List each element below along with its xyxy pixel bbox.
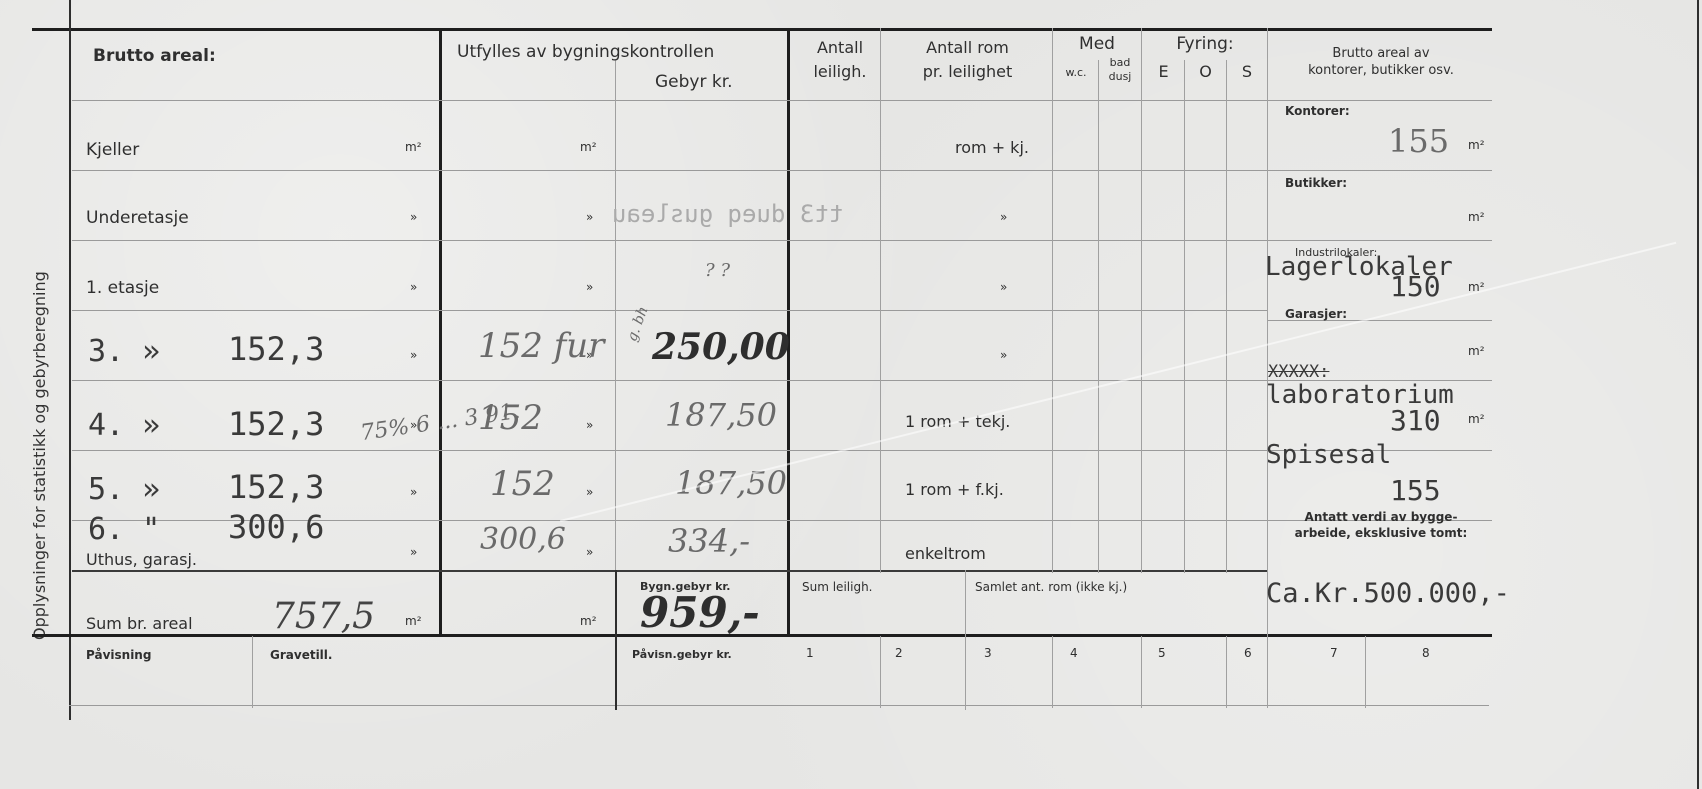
unit-kjeller: m²: [405, 140, 422, 154]
brutto-kontorer-header-2: kontorer, butikker osv.: [1270, 63, 1492, 78]
antall-leiligh-header-1: Antall: [805, 38, 875, 57]
row-label-kjeller: Kjeller: [86, 140, 139, 160]
pavisning-label: Påvisning: [86, 648, 151, 662]
pavisn-gebyr-label: Påvisn.gebyr kr.: [632, 648, 732, 661]
ctrl-area-3-etasje[interactable]: 152 fur: [478, 326, 604, 366]
ctrl-unit-kjeller: m²: [580, 140, 597, 154]
ctrl-box-left: [439, 28, 442, 636]
top-border: [32, 28, 1492, 31]
row-label-6-etasje: 6. ": [88, 512, 160, 547]
ctrl-area-6-etasje[interactable]: 300,6: [480, 522, 566, 557]
rooms-6-etasje: enkeltrom: [905, 544, 986, 563]
rooms-5-etasje: 1 rom + f.kj.: [905, 480, 1004, 499]
garasjer-unit: m²: [1468, 344, 1485, 358]
byggebyr-value[interactable]: 959,-: [640, 588, 760, 637]
fee-3-etasje[interactable]: 250,00: [652, 326, 790, 368]
fee-5-etasje[interactable]: 187,50: [675, 464, 787, 502]
ctrl-unit-5-etasje: »: [586, 485, 593, 499]
lab-value[interactable]: 310: [1390, 404, 1441, 437]
header-line: [72, 100, 1492, 101]
unit-6-etasje: »: [410, 545, 417, 559]
sum-bottom-line: [32, 634, 1492, 637]
antall-leiligh-header-2: leiligh.: [800, 62, 880, 81]
side-label: Opplysninger for statistikk og gebyrbere…: [30, 271, 49, 640]
footer-num-7: 7: [1330, 646, 1338, 660]
ctrl-area-5-etasje[interactable]: 152: [490, 464, 555, 504]
ctrl-unit-4-etasje: »: [586, 418, 593, 432]
fyring-o-header: O: [1185, 62, 1226, 81]
kontorer-value[interactable]: 155: [1388, 122, 1449, 160]
antall-rom-header-1: Antall rom: [885, 38, 1050, 57]
row-label-5-etasje: 5. »: [88, 472, 160, 507]
rooms-1-etasje: »: [1000, 280, 1007, 294]
footer-num-6: 6: [1244, 646, 1252, 660]
fyring-header: Fyring:: [1143, 34, 1267, 54]
page-edge: [1697, 0, 1699, 789]
row-line: [72, 310, 1267, 311]
footer-num-4: 4: [1070, 646, 1078, 660]
unit-4-etasje: »: [410, 418, 417, 432]
kontorer-unit: m²: [1468, 138, 1485, 152]
footer-num-5: 5: [1158, 646, 1166, 660]
col-line: [1184, 60, 1185, 573]
area-5-etasje[interactable]: 152,3: [228, 468, 324, 506]
area-3-etasje[interactable]: 152,3: [228, 330, 324, 368]
rooms-underetasje: »: [1000, 210, 1007, 224]
verdi-label-1: Antatt verdi av bygge-: [1270, 510, 1492, 524]
unit-5-etasje: »: [410, 485, 417, 499]
antall-rom-header-2: pr. leilighet: [885, 62, 1050, 81]
spisesal-value[interactable]: 155: [1390, 474, 1441, 507]
gravetill-label: Gravetill.: [270, 648, 332, 662]
sum-value[interactable]: 757,5: [272, 596, 375, 637]
col-line: [1141, 636, 1142, 708]
garasjer-label: Garasjer:: [1285, 307, 1347, 321]
col-line: [615, 60, 616, 570]
fee-6-etasje[interactable]: 334,-: [668, 522, 750, 560]
col-line: [965, 570, 966, 710]
verdi-label-2: arbeide, eksklusive tomt:: [1270, 526, 1492, 540]
col-line: [1098, 60, 1099, 573]
area-6-etasje[interactable]: 300,6: [228, 508, 324, 546]
row-line: [1267, 170, 1492, 171]
row-line: [72, 170, 1267, 171]
row-line: [72, 240, 1492, 241]
brutto-areal-header: Brutto areal:: [93, 46, 216, 66]
med-header: Med: [1054, 34, 1140, 54]
col-line: [880, 28, 881, 573]
row-label-uthus: Uthus, garasj.: [86, 550, 197, 569]
col-line: [1052, 636, 1053, 708]
col-line: [1365, 636, 1366, 708]
unit-3-etasje: »: [410, 348, 417, 362]
sum-label: Sum br. areal: [86, 614, 193, 633]
fee-4-etasje[interactable]: 187,50: [665, 396, 777, 434]
wc-header: w.c.: [1054, 66, 1098, 79]
gebyr-header: Gebyr kr.: [655, 72, 733, 92]
bleed-through-text: tt3 dueq gusleau: [612, 200, 843, 228]
industri-value[interactable]: 150: [1390, 270, 1441, 303]
lab-unit: m²: [1468, 412, 1485, 426]
sum-leiligh-label: Sum leiligh.: [802, 580, 872, 594]
sum-ctrl-unit: m²: [580, 614, 597, 628]
ctrl-unit-6-etasje: »: [586, 545, 593, 559]
rooms-kjeller: rom + kj.: [955, 138, 1029, 157]
row-label-4-etasje: 4. »: [88, 408, 160, 443]
col-line: [1052, 28, 1053, 573]
footer-num-8: 8: [1422, 646, 1430, 660]
fyring-e-header: E: [1143, 62, 1184, 81]
kontorer-label: Kontorer:: [1285, 104, 1350, 118]
fyring-s-header: S: [1227, 62, 1267, 81]
rooms-3-etasje: »: [1000, 348, 1007, 362]
samlet-rom-label: Samlet ant. rom (ikke kj.): [975, 580, 1127, 594]
footer-num-1: 1: [806, 646, 814, 660]
col-line: [1226, 60, 1227, 573]
unit-1-etasje: »: [410, 280, 417, 294]
area-4-etasje[interactable]: 152,3: [228, 405, 324, 443]
col-line: [615, 570, 617, 710]
sum-unit: m²: [405, 614, 422, 628]
scanned-form-page: Opplysninger for statistikk og gebyrbere…: [0, 0, 1702, 789]
ctrl-area-4-etasje[interactable]: 152: [478, 398, 543, 438]
ctrl-unit-underetasje: »: [586, 210, 593, 224]
verdi-value[interactable]: Ca.Kr.500.000,-: [1266, 578, 1510, 609]
scan-scratch: [560, 242, 1676, 522]
left-border: [69, 0, 71, 720]
footer-num-2: 2: [895, 646, 903, 660]
bad-header-1: bad: [1099, 56, 1141, 69]
row-label-1-etasje: 1. etasje: [86, 278, 159, 298]
col-line: [1226, 636, 1227, 708]
row-label-underetasje: Underetasje: [86, 208, 189, 228]
bygningskontroll-header: Utfylles av bygningskontrollen: [457, 42, 714, 62]
brutto-kontorer-header-1: Brutto areal av: [1270, 46, 1492, 61]
ctrl-unit-1-etasje: »: [586, 280, 593, 294]
butikker-label: Butikker:: [1285, 176, 1347, 190]
bad-header-2: dusj: [1099, 70, 1141, 83]
row-label-3-etasje: 3. »: [88, 334, 160, 369]
struck-label: XXXXX:: [1268, 362, 1329, 382]
bottom-line: [69, 705, 1489, 706]
footer-num-3: 3: [984, 646, 992, 660]
unit-underetasje: »: [410, 210, 417, 224]
butikker-unit: m²: [1468, 210, 1485, 224]
col-line: [880, 636, 881, 708]
col-line: [1141, 28, 1142, 573]
spisesal-typed[interactable]: Spisesal: [1266, 440, 1391, 470]
col-line: [252, 636, 253, 708]
sum-top-line: [72, 570, 1267, 572]
fee-note-1-etasje: ? ?: [705, 260, 730, 281]
